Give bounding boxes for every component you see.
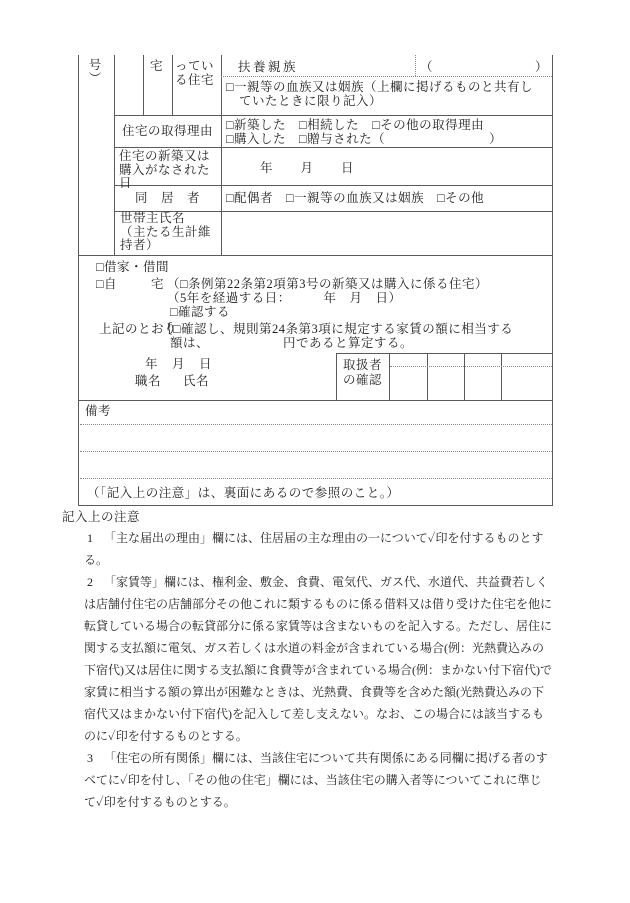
acquisition-reason-label: 住宅の取得理由: [114, 124, 221, 138]
householder-label: 世帯主氏名 （主たる生計維 持者）: [120, 212, 211, 253]
name-label: 氏名: [183, 374, 209, 388]
dependents-dotted-divider: [415, 55, 416, 76]
table-bottom-border: [78, 505, 553, 506]
confirm-calc-line: ｛□確認し、規則第24条第3項に規定する家賃の額に相当する: [160, 322, 513, 336]
cohabitants-options: □配偶者 □一親等の血族又は姻族 □その他: [226, 191, 484, 205]
job-title-label: 職名: [135, 374, 161, 388]
handler-box-line: [464, 353, 465, 401]
cohabitants-label: 同 居 者: [114, 191, 221, 205]
build-date-label: 住宅の新築又は 購入がなされた 日: [119, 150, 210, 191]
remarks-label: 備考: [85, 404, 111, 418]
note-text: 「住宅の所有関係」欄には、当該住宅について共有関係にある同欄に掲げる者のすべてに…: [84, 751, 548, 809]
note-number: 2: [87, 575, 93, 589]
dependents-checkbox-note-line1: □一親等の血族又は姻族（上欄に掲げるものと共有し: [226, 80, 533, 94]
remarks-rule-line: [80, 424, 552, 425]
grid-line: [114, 115, 552, 116]
remarks-reference-note: （「記入上の注意」は、裏面にあるので参照のこと。）: [87, 486, 400, 500]
amount-prefix: 額は、: [170, 336, 209, 350]
remarks-rule-line: [80, 451, 552, 452]
note-number: 3: [87, 751, 93, 765]
grid-line: [172, 55, 173, 115]
note-text: 「家賃等」欄には、権利金、敷金、食費、電気代、ガス代、水道代、共益費若しくは店舗…: [84, 575, 552, 743]
handler-box-dotted-line: [390, 366, 552, 367]
rental-checkbox-line: □借家・借間: [96, 260, 169, 274]
dependents-label: 扶養親族: [238, 60, 298, 74]
column-fragment-sumai: っている住宅: [175, 59, 221, 87]
handler-box-line: [427, 353, 428, 401]
dependents-dotted-line: [221, 76, 552, 77]
grid-line: [143, 55, 144, 115]
handler-box-line: [336, 353, 337, 401]
handler-box-top: [336, 353, 553, 354]
handler-confirmation-label: 取扱者 の確認: [343, 358, 382, 388]
note-item-2: 2「家賃等」欄には、権利金、敷金、食費、電気代、ガス代、水道代、共益費若しくは店…: [84, 571, 552, 747]
note-text: 「主な届出の理由」欄には、住居届の主な理由の一について✓印を付するものとする。: [84, 531, 544, 567]
dependents-paren-open: （: [420, 60, 433, 74]
own-home-checkbox: □自: [96, 277, 117, 291]
note-number: 1: [87, 531, 93, 545]
table-right-border: [552, 55, 553, 505]
acquisition-options-line1: □新築した □相続した □その他の取得理由: [226, 118, 484, 132]
build-date-value: 年 月 日: [260, 161, 355, 175]
amount-suffix: 円であると算定する。: [283, 336, 413, 350]
dependents-checkbox-note-line2: ていたときに限り記入）: [239, 94, 382, 108]
handler-box-line: [501, 353, 502, 401]
signature-date-line: 年 月 日: [145, 357, 213, 371]
form-page: 号） 宅 っている住宅 扶養親族 （ ） □一親等の血族又は姻族（上欄に掲げるも…: [0, 0, 630, 903]
dependents-paren-close: ）: [535, 60, 548, 74]
grid-line: [221, 55, 222, 256]
note-item-1: 1「主な届出の理由」欄には、住居届の主な理由の一について✓印を付するものとする。: [84, 527, 552, 571]
grid-line: [114, 55, 115, 256]
five-year-date-line: （5年を経過する日： 年 月 日）: [167, 291, 402, 305]
column-fragment-taku: 宅: [150, 59, 163, 73]
notes-heading: 記入上の注意: [62, 510, 140, 524]
column-fragment-gou: 号）: [87, 58, 101, 98]
remarks-rule-line: [80, 478, 552, 479]
note-item-3: 3「住宅の所有関係」欄には、当該住宅について共有関係にある同欄に掲げる者のすべて…: [84, 747, 552, 813]
handler-box-line: [389, 353, 390, 401]
notes-list: 1「主な届出の理由」欄には、住居届の主な理由の一について✓印を付するものとする。…: [84, 527, 552, 813]
grid-line: [78, 400, 553, 401]
acquisition-options-line2: □購入した □贈与された（ ）: [226, 132, 502, 146]
own-home-ordinance-note: （□条例第22条第2項第3号の新築又は購入に係る住宅）: [167, 277, 488, 291]
own-home-taku: 宅: [151, 277, 164, 291]
confirm-checkbox-line: □確認する: [170, 305, 230, 319]
table-left-border: [78, 55, 79, 505]
grid-line: [114, 147, 552, 148]
grid-line: [78, 255, 553, 256]
